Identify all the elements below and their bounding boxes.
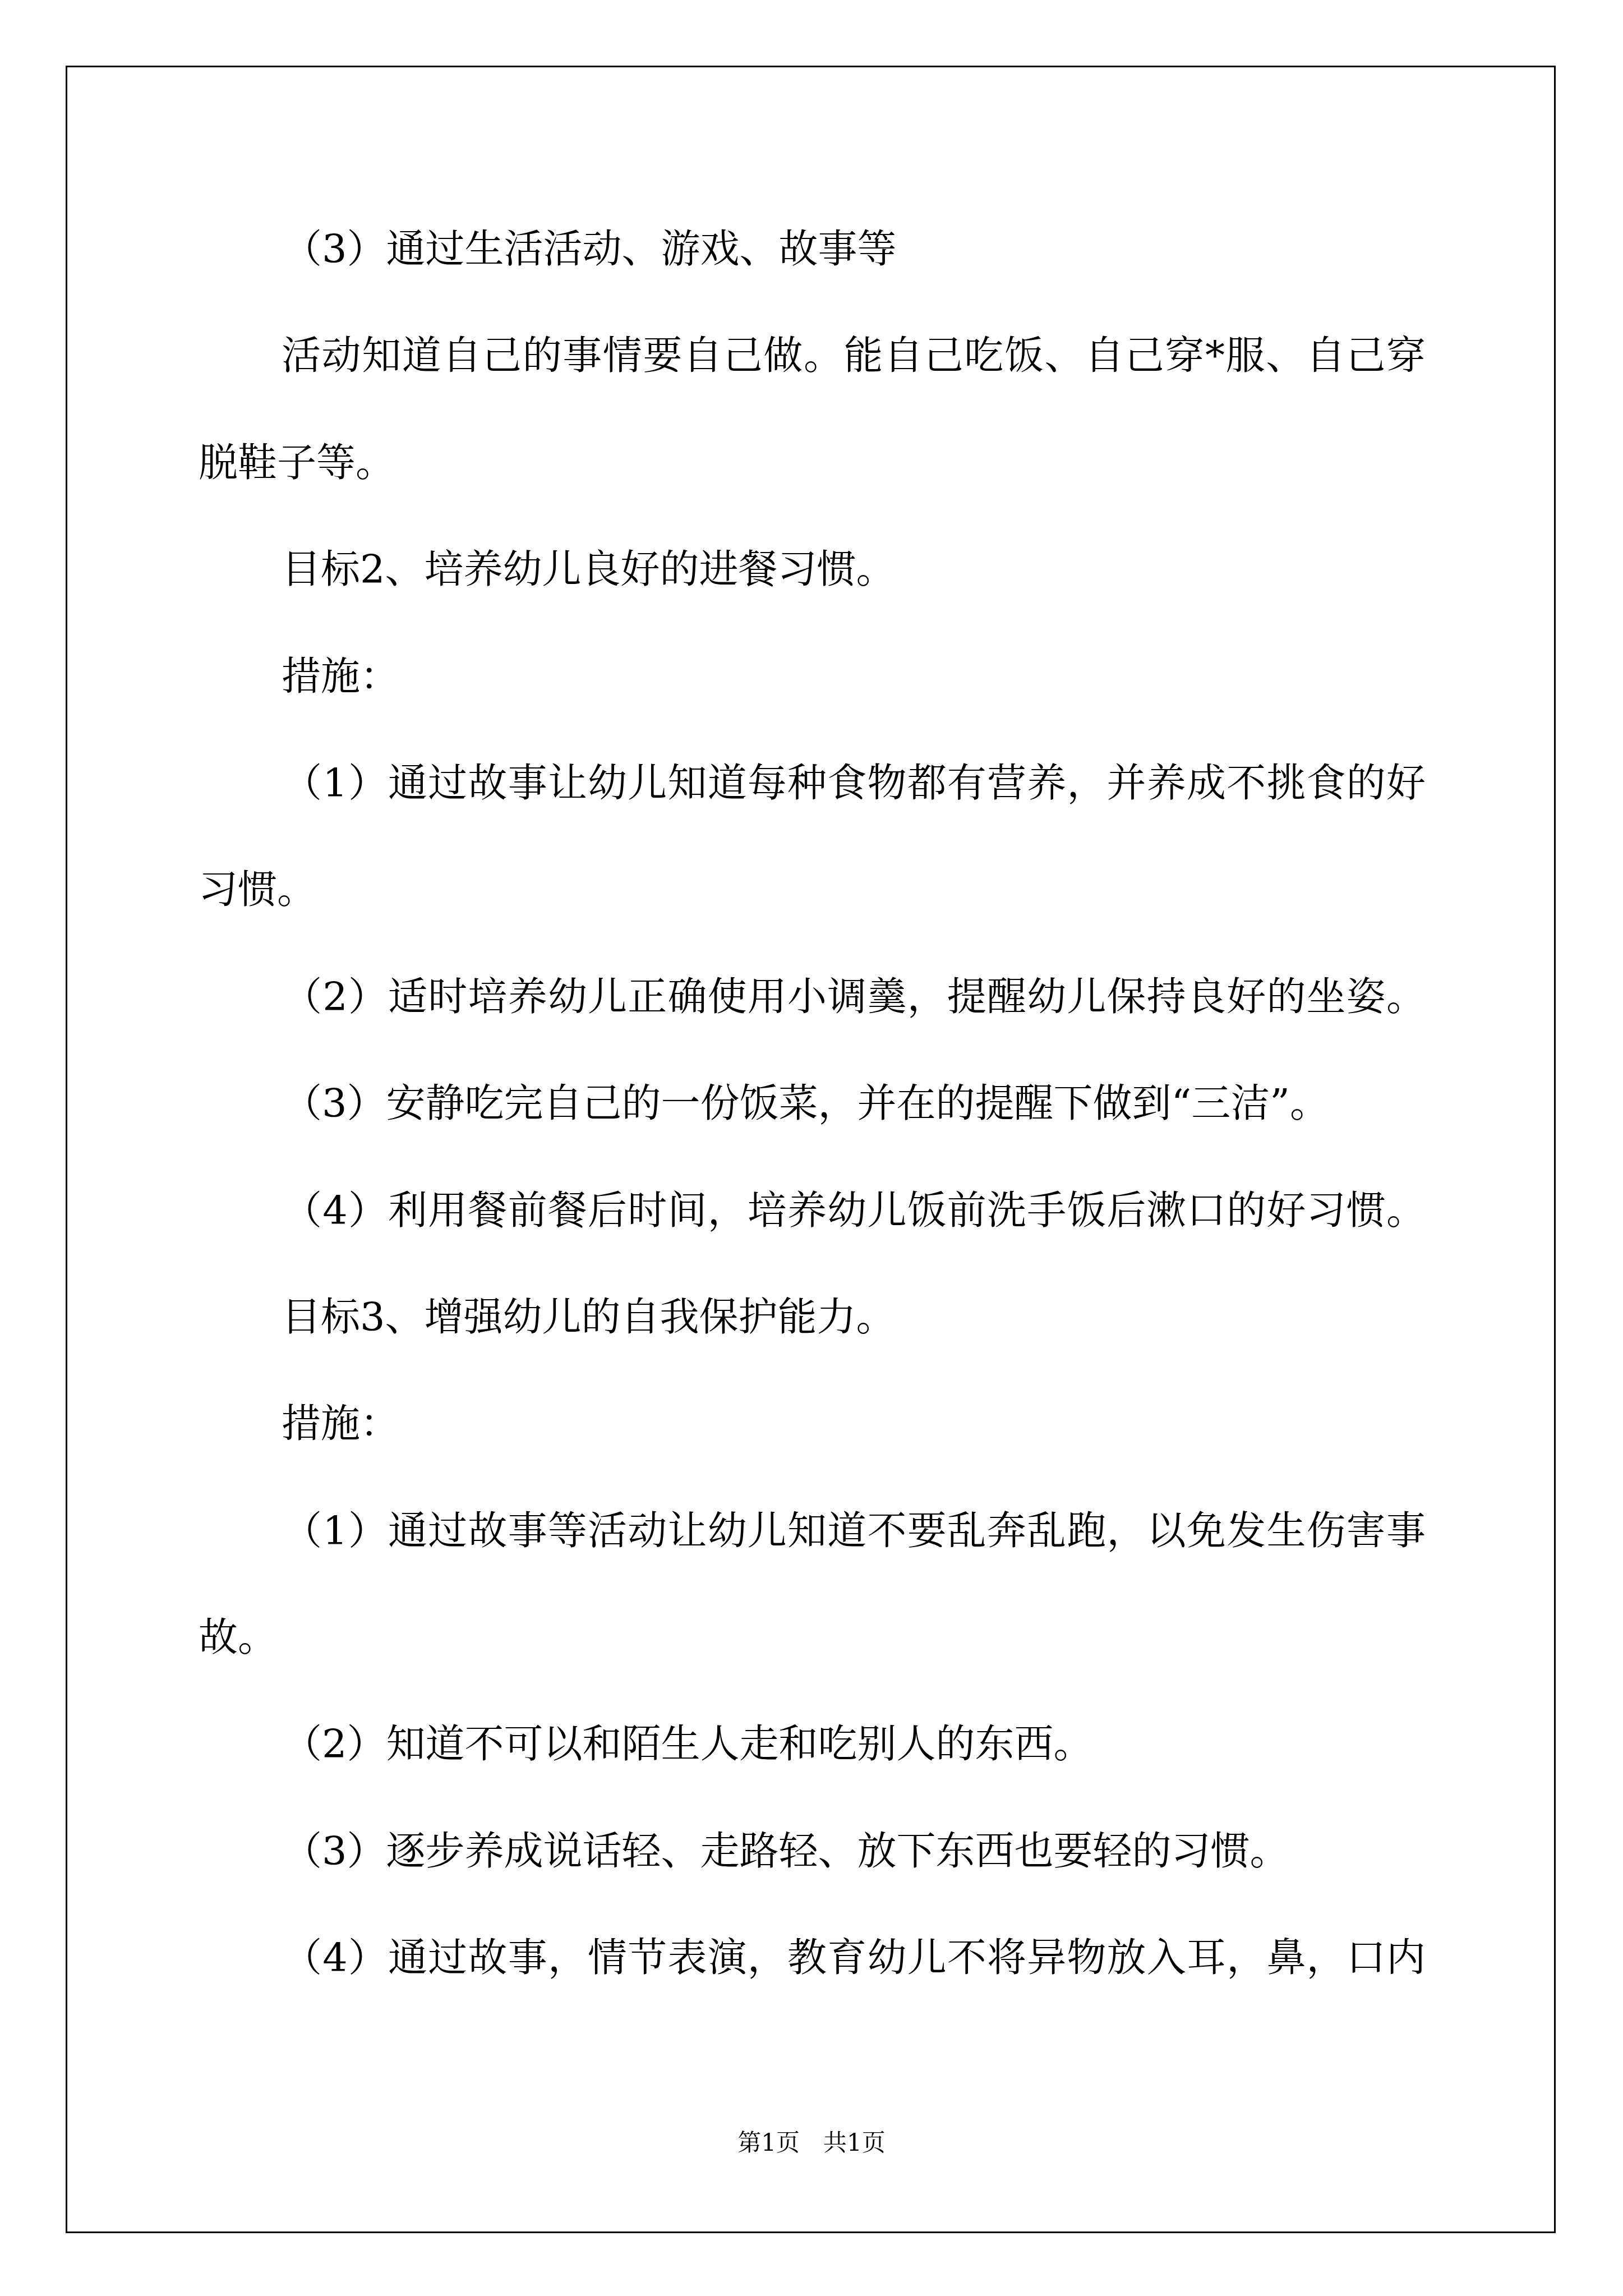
list-item: （1）通过故事等活动让幼儿知道不要乱奔乱跑，以免发生伤害事: [199, 1478, 1426, 1584]
text-line: （3）通过生活活动、游戏、故事等: [199, 196, 1426, 302]
list-item: （2）知道不可以和陌生人走和吃别人的东西。: [199, 1691, 1426, 1797]
list-item: （1）通过故事让幼儿知道每种食物都有营养，并养成不挑食的好: [199, 730, 1426, 836]
list-item: （4）通过故事，情节表演，教育幼儿不将异物放入耳，鼻，口内: [199, 1904, 1426, 2011]
list-item: （3）逐步养成说话轻、走路轻、放下东西也要轻的习惯。: [199, 1798, 1426, 1904]
text-line: 故。: [199, 1584, 1426, 1691]
text-line: 活动知道自己的事情要自己做。能自己吃饭、自己穿*服、自己穿: [199, 302, 1426, 409]
list-item: （2）适时培养幼儿正确使用小调羹，提醒幼儿保持良好的坐姿。: [199, 944, 1426, 1050]
measures-label: 措施：: [199, 623, 1426, 730]
text-line: 习惯。: [199, 836, 1426, 943]
list-item: （4）利用餐前餐后时间，培养幼儿饭前洗手饭后漱口的好习惯。: [199, 1157, 1426, 1264]
goal-heading: 目标2、培养幼儿良好的进餐习惯。: [199, 516, 1426, 623]
measures-label: 措施：: [199, 1370, 1426, 1477]
goal-heading: 目标3、增强幼儿的自我保护能力。: [199, 1264, 1426, 1370]
page-number-footer: 第1页 共1页: [0, 2126, 1623, 2160]
text-line: 脱鞋子等。: [199, 409, 1426, 516]
list-item: （3）安静吃完自己的一份饭菜，并在的提醒下做到“三洁”。: [199, 1050, 1426, 1157]
document-body: （3）通过生活活动、游戏、故事等 活动知道自己的事情要自己做。能自己吃饭、自己穿…: [199, 196, 1426, 2012]
